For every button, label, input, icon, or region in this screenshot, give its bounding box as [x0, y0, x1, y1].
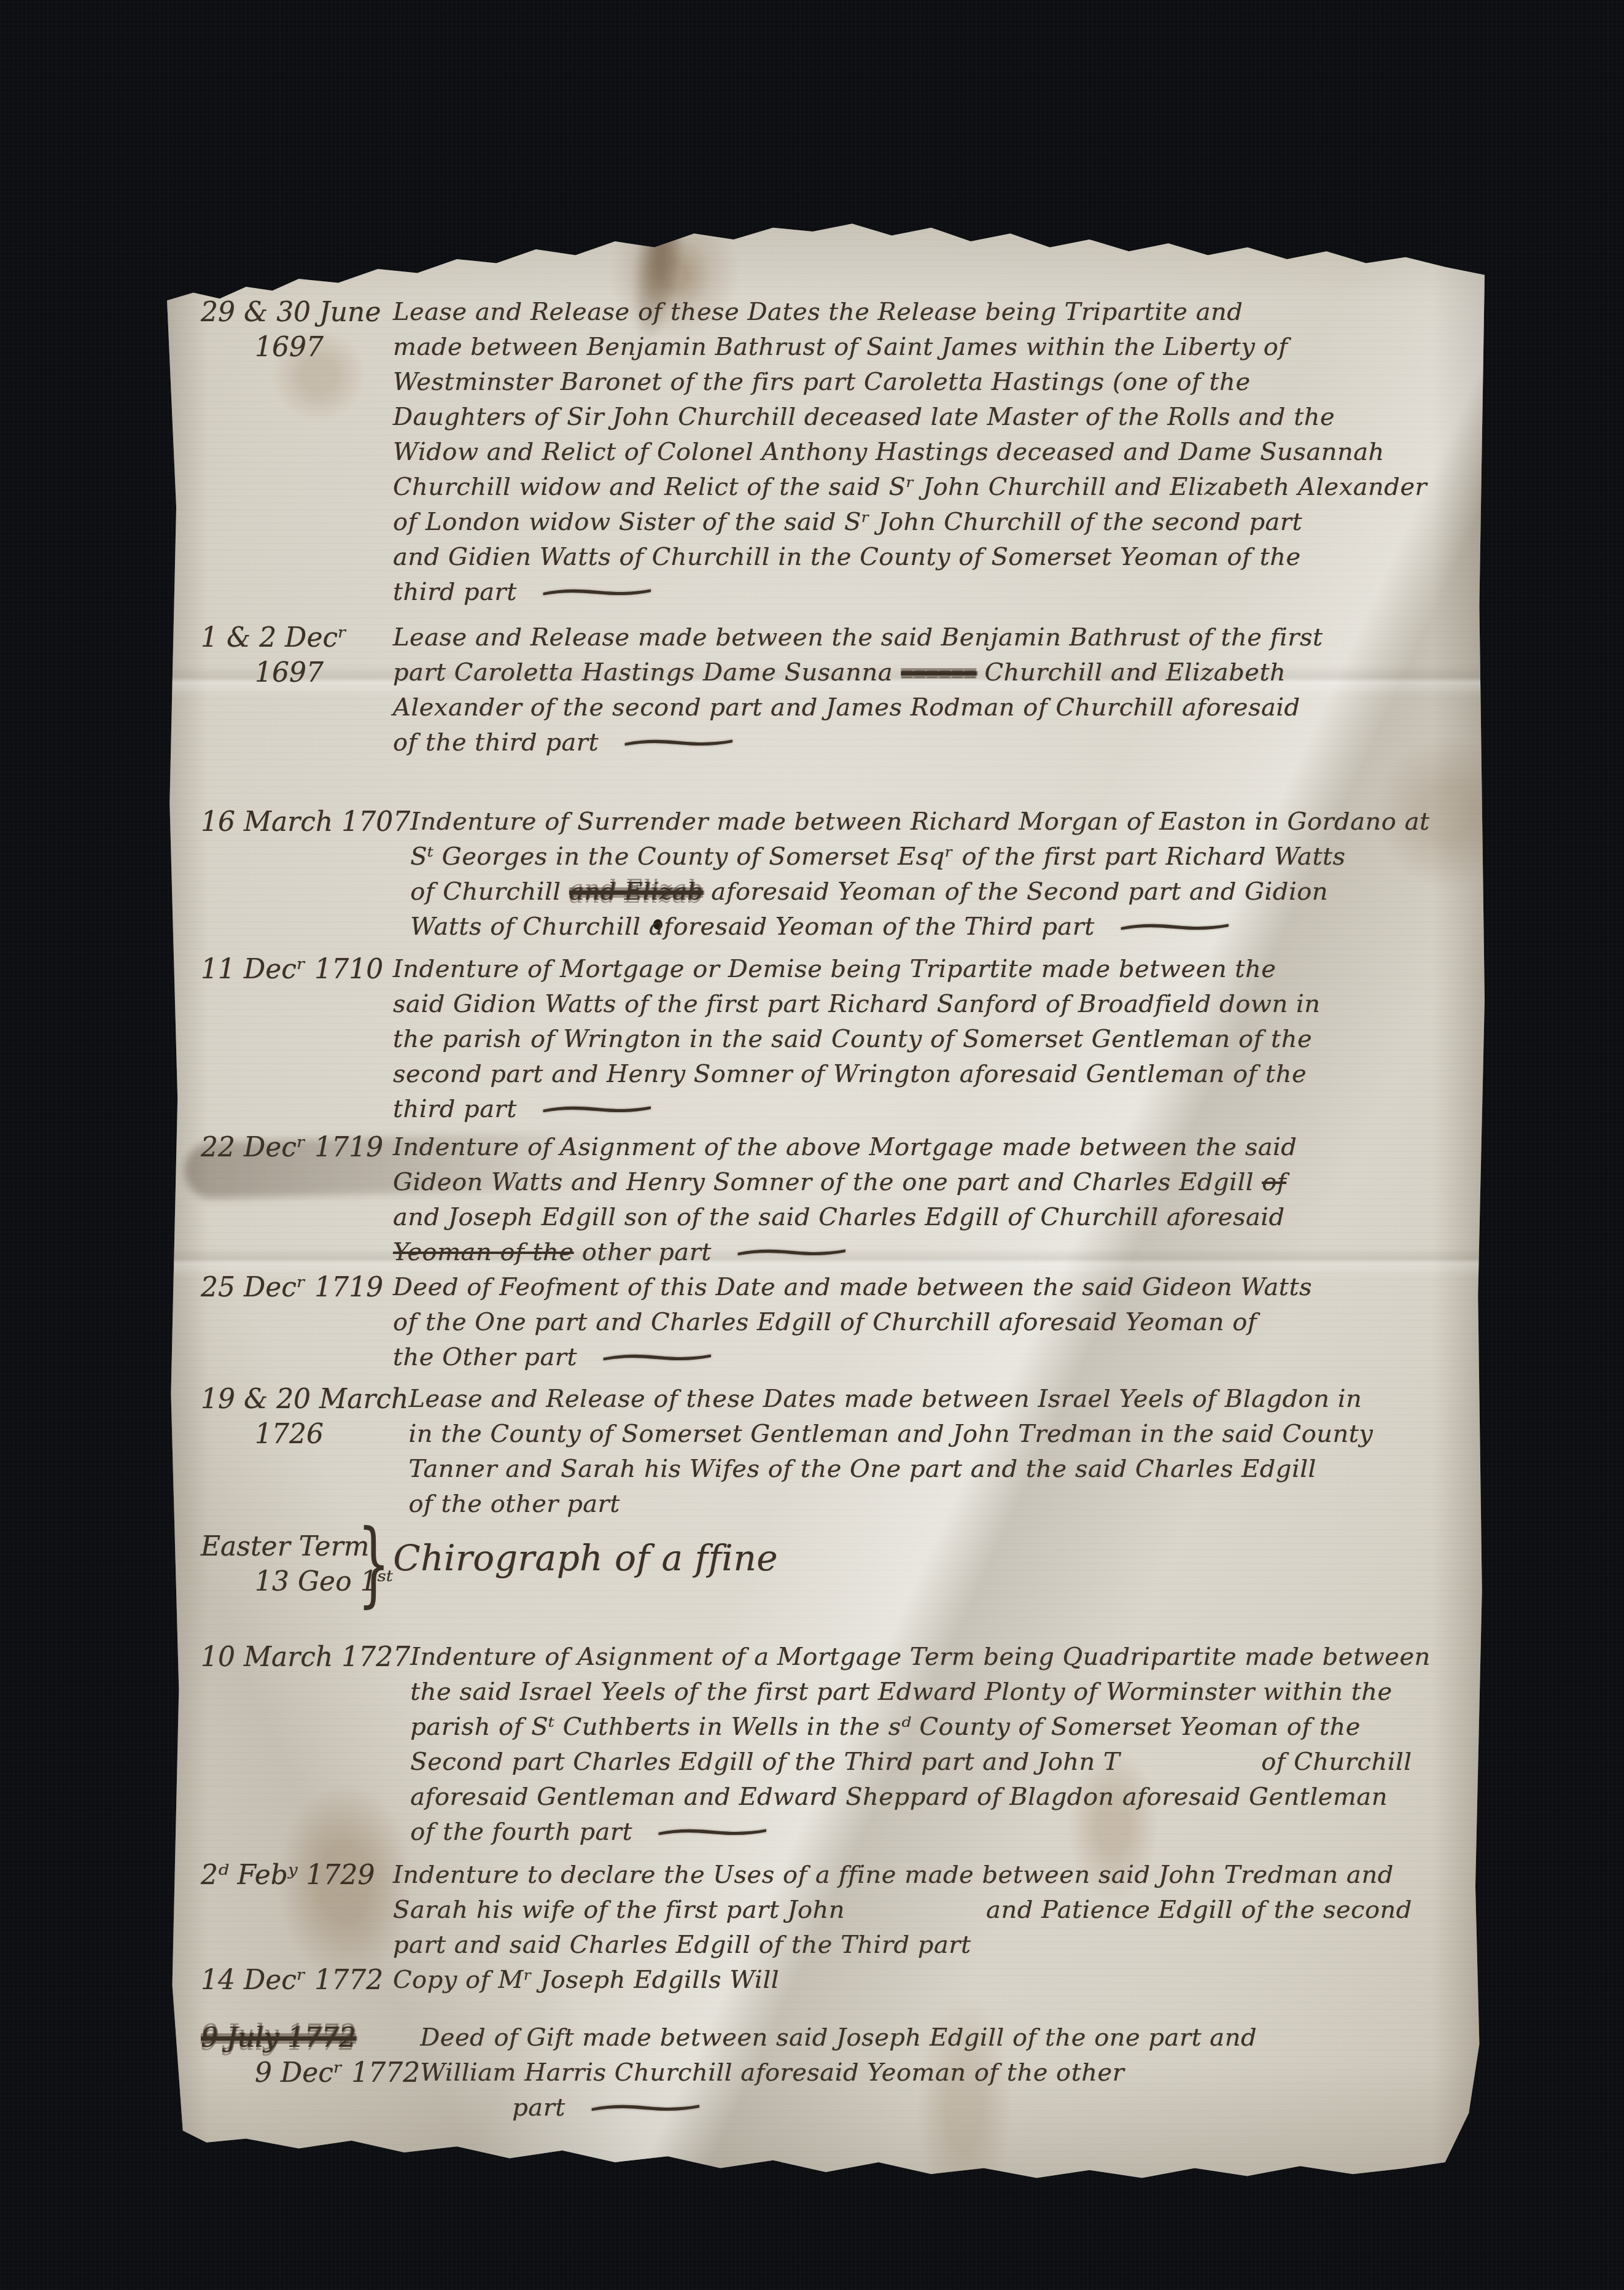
- entry-date: 16 March 1707: [167, 804, 410, 839]
- text-line: Sarah his wife of the first part Johnand…: [393, 1893, 1485, 1928]
- entry-row: 1 & 2 Decʳ1697Lease and Release made bet…: [167, 620, 1485, 760]
- date-line: 1697: [201, 655, 393, 690]
- pen-flourish: ∼: [525, 566, 671, 619]
- text-line: Indenture of Surrender made between Rich…: [410, 804, 1485, 839]
- date-line: 1 & 2 Decʳ: [201, 620, 393, 655]
- text-line: Watts of Churchill aforesaid Yeoman of t…: [410, 909, 1485, 944]
- date-line: 2ᵈ Febʸ 1729: [201, 1858, 393, 1893]
- text-segment: Second part Charles Edgill of the Third …: [410, 1748, 1120, 1776]
- entry-row: 2ᵈ Febʸ 1729Indenture to declare the Use…: [167, 1858, 1485, 1963]
- text-line: Indenture of Asignment of a Mortgage Ter…: [410, 1640, 1485, 1675]
- entry-date: Easter Term13 Geo 1ˢᵗ}: [167, 1529, 393, 1599]
- date-line: 16 March 1707: [201, 804, 410, 839]
- text-segment: Churchill and Elizabeth: [976, 658, 1286, 687]
- entry-date: 10 March 1727: [167, 1640, 410, 1675]
- text-line: Westminster Baronet of the firs part Car…: [393, 365, 1485, 400]
- text-line: the parish of Wrington in the said Count…: [393, 1022, 1485, 1057]
- pen-flourish: ∼: [573, 2082, 720, 2135]
- entry-date: 14 Decʳ 1772: [167, 1963, 393, 1998]
- entry-date: 22 Decʳ 1719: [167, 1130, 393, 1165]
- struck-text: of: [1262, 1168, 1286, 1196]
- entry-date: 2ᵈ Febʸ 1729: [167, 1858, 393, 1893]
- entry-text: Lease and Release of these Dates made be…: [408, 1382, 1485, 1522]
- pen-flourish: ∼: [585, 1331, 731, 1384]
- entry-text: Deed of Gift made between said Joseph Ed…: [420, 2020, 1485, 2125]
- text-line: of the fourth part ∼: [410, 1815, 1485, 1850]
- entry-text: Deed of Feofment of this Date and made b…: [393, 1270, 1485, 1375]
- text-line: Churchill widow and Relict of the said S…: [393, 470, 1485, 505]
- text-line: Indenture of Mortgage or Demise being Tr…: [393, 952, 1485, 987]
- text-line: made between Benjamin Bathrust of Saint …: [393, 330, 1485, 365]
- text-line: Widow and Relict of Colonel Anthony Hast…: [393, 435, 1485, 470]
- scribbled-out-text: ––––––: [901, 658, 976, 687]
- photo-backdrop: 29 & 30 June1697Lease and Release of the…: [0, 0, 1624, 2290]
- text-segment: of Churchill: [410, 878, 569, 906]
- manuscript-page: 29 & 30 June1697Lease and Release of the…: [167, 212, 1485, 2182]
- scribbled-out-text: and Elizab: [569, 878, 703, 906]
- text-line: Copy of Mʳ Joseph Edgills Will: [393, 1963, 1485, 1998]
- entry-date: 25 Decʳ 1719: [167, 1270, 393, 1305]
- text-line: Lease and Release of these Dates made be…: [408, 1382, 1485, 1417]
- entry-text: Indenture of Asignment of the above Mort…: [393, 1130, 1485, 1270]
- text-line: of the other part: [408, 1487, 1485, 1522]
- text-segment: of Churchill: [1261, 1748, 1412, 1776]
- text-segment: and Patience Edgill of the second: [986, 1896, 1412, 1924]
- text-line: part Caroletta Hastings Dame Susanna –––…: [393, 655, 1485, 690]
- date-line: 19 & 20 March: [201, 1382, 408, 1417]
- pen-flourish: ∼: [640, 1806, 787, 1859]
- text-line: part and said Charles Edgill of the Thir…: [393, 1928, 1485, 1963]
- text-line: Gideon Watts and Henry Somner of the one…: [393, 1165, 1485, 1200]
- entry-text: Indenture to declare the Uses of a ffine…: [393, 1858, 1485, 1963]
- text-segment: of the third part: [393, 728, 607, 757]
- date-line: 11 Decʳ 1710: [201, 952, 393, 987]
- entries-list: 29 & 30 June1697Lease and Release of the…: [167, 212, 1485, 2182]
- text-line: Lease and Release of these Dates the Rel…: [393, 295, 1485, 330]
- text-segment: the Other part: [393, 1343, 585, 1371]
- text-line: part ∼: [420, 2090, 1485, 2125]
- entry-date: 19 & 20 March1726: [167, 1382, 408, 1452]
- text-segment: of the fourth part: [410, 1818, 640, 1846]
- text-line: third part ∼: [393, 1092, 1485, 1127]
- text-line: of Churchill and Elizab aforesaid Yeoman…: [410, 874, 1485, 909]
- date-line: 9 July 1772: [201, 2020, 420, 2055]
- scribbled-out-text: 9 July 1772: [201, 2022, 356, 2054]
- entry-text: Lease and Release made between the said …: [393, 620, 1485, 760]
- text-line: Indenture to declare the Uses of a ffine…: [393, 1858, 1485, 1893]
- text-line: Second part Charles Edgill of the Third …: [410, 1745, 1485, 1780]
- entry-row: 9 July 17729 Decʳ 1772Deed of Gift made …: [167, 2020, 1485, 2125]
- text-line: and Joseph Edgill son of the said Charle…: [393, 1200, 1485, 1235]
- date-line: 1726: [201, 1417, 408, 1452]
- text-line: the Other part ∼: [393, 1340, 1485, 1375]
- entry-date: 29 & 30 June1697: [167, 295, 393, 365]
- date-line: 14 Decʳ 1772: [201, 1963, 393, 1998]
- date-line: 10 March 1727: [201, 1640, 410, 1675]
- text-segment: Gideon Watts and Henry Somner of the one…: [393, 1168, 1262, 1196]
- date-line: 22 Decʳ 1719: [201, 1130, 393, 1165]
- text-line: parish of Sᵗ Cuthberts in Wells in the s…: [410, 1710, 1485, 1745]
- entry-text: Indenture of Surrender made between Rich…: [410, 804, 1485, 944]
- entry-date: 9 July 17729 Decʳ 1772: [167, 2020, 420, 2090]
- entry-date: 1 & 2 Decʳ1697: [167, 620, 393, 690]
- date-line: 25 Decʳ 1719: [201, 1270, 393, 1305]
- text-line: of the One part and Charles Edgill of Ch…: [393, 1305, 1485, 1340]
- entry-row: Easter Term13 Geo 1ˢᵗ}Chirograph of a ff…: [167, 1529, 1485, 1599]
- entry-row: 10 March 1727Indenture of Asignment of a…: [167, 1640, 1485, 1850]
- entry-row: 22 Decʳ 1719Indenture of Asignment of th…: [167, 1130, 1485, 1270]
- text-line: Yeoman of the other part ∼: [393, 1235, 1485, 1270]
- text-line: of London widow Sister of the said Sʳ Jo…: [393, 505, 1485, 540]
- date-line: 9 Decʳ 1772: [201, 2055, 420, 2090]
- brace-glyph: }: [357, 1524, 389, 1604]
- date-line: 1697: [201, 330, 393, 365]
- text-line: aforesaid Gentleman and Edward Sheppard …: [410, 1780, 1485, 1815]
- entry-row: 29 & 30 June1697Lease and Release of the…: [167, 295, 1485, 610]
- date-line: 29 & 30 June: [201, 295, 393, 330]
- entry-text: Indenture of Mortgage or Demise being Tr…: [393, 952, 1485, 1127]
- entry-row: 14 Decʳ 1772Copy of Mʳ Joseph Edgills Wi…: [167, 1963, 1485, 1998]
- entry-row: 16 March 1707Indenture of Surrender made…: [167, 804, 1485, 944]
- pen-flourish: ∼: [1103, 901, 1249, 954]
- text-line: Chirograph of a ffine: [393, 1533, 1485, 1583]
- text-line: Alexander of the second part and James R…: [393, 690, 1485, 725]
- entry-text: Chirograph of a ffine: [393, 1529, 1485, 1583]
- text-line: Tanner and Sarah his Wifes of the One pa…: [408, 1452, 1485, 1487]
- entry-date: 11 Decʳ 1710: [167, 952, 393, 987]
- entry-row: 25 Decʳ 1719Deed of Feofment of this Dat…: [167, 1270, 1485, 1375]
- entry-text: Copy of Mʳ Joseph Edgills Will: [393, 1963, 1485, 1998]
- text-line: Deed of Feofment of this Date and made b…: [393, 1270, 1485, 1305]
- text-line: Sᵗ Georges in the County of Somerset Esq…: [410, 839, 1485, 874]
- text-segment: third part: [393, 1095, 525, 1123]
- entry-row: 19 & 20 March1726Lease and Release of th…: [167, 1382, 1485, 1522]
- entry-text: Indenture of Asignment of a Mortgage Ter…: [410, 1640, 1485, 1850]
- text-segment: Sarah his wife of the first part John: [393, 1896, 845, 1924]
- text-line: of the third part ∼: [393, 725, 1485, 760]
- pen-flourish: ∼: [525, 1083, 671, 1136]
- entry-row: 11 Decʳ 1710Indenture of Mortgage or Dem…: [167, 952, 1485, 1127]
- struck-text: Yeoman of the: [393, 1238, 574, 1266]
- text-line: Daughters of Sir John Churchill deceased…: [393, 400, 1485, 435]
- text-segment: part: [512, 2093, 573, 2122]
- text-segment: third part: [393, 578, 525, 606]
- entry-text: Lease and Release of these Dates the Rel…: [393, 295, 1485, 610]
- text-segment: part Caroletta Hastings Dame Susanna: [393, 658, 901, 687]
- text-line: Lease and Release made between the said …: [393, 620, 1485, 655]
- text-line: the said Israel Yeels of the first part …: [410, 1675, 1485, 1710]
- text-line: third part ∼: [393, 575, 1485, 610]
- text-line: in the County of Somerset Gentleman and …: [408, 1417, 1485, 1452]
- pen-flourish: ∼: [607, 717, 753, 769]
- text-segment: other part: [574, 1238, 720, 1266]
- text-line: Deed of Gift made between said Joseph Ed…: [420, 2020, 1485, 2055]
- text-segment: Watts of Churchill aforesaid Yeoman of t…: [410, 913, 1103, 941]
- pen-flourish: ∼: [720, 1226, 866, 1279]
- text-line: said Gidion Watts of the first part Rich…: [393, 987, 1485, 1022]
